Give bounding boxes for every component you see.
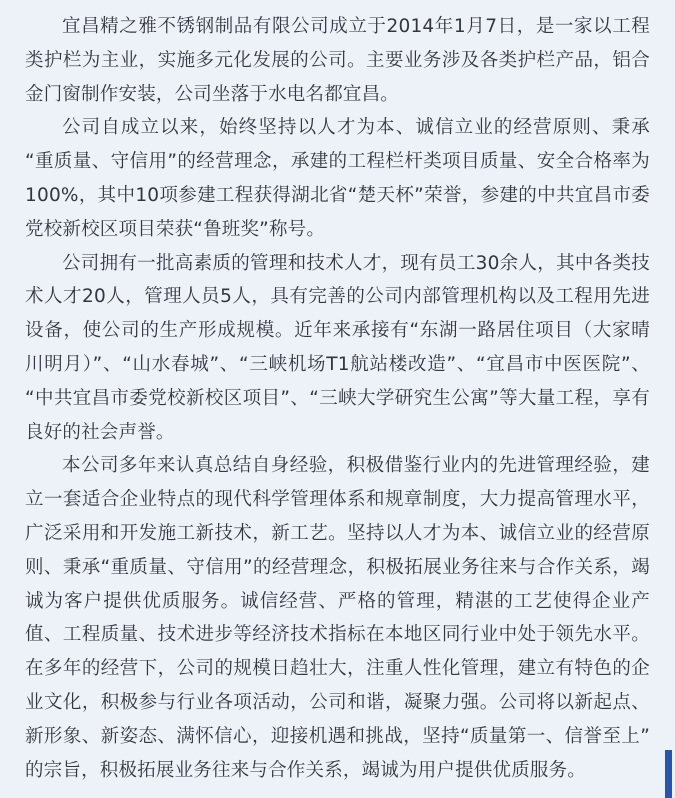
paragraph-company-honors: 公司自成立以来，始终坚持以人才为本、诚信立业的经营原则、秉承“重质量、守信用”的… — [25, 111, 650, 246]
paragraph-company-staff-projects: 公司拥有一批高素质的管理和技术人才，现有员工30余人，其中各类技术人才20人，管… — [25, 247, 650, 450]
document-viewport: 宜昌精之雅不锈钢制品有限公司成立于2014年1月7日，是一家以工程类护栏为主业，… — [0, 0, 675, 798]
paragraph-company-intro: 宜昌精之雅不锈钢制品有限公司成立于2014年1月7日，是一家以工程类护栏为主业，… — [25, 10, 650, 111]
scrollbar-track[interactable] — [662, 0, 675, 798]
scrollbar-thumb[interactable] — [665, 750, 672, 798]
paragraph-company-management: 本公司多年来认真总结自身经验，积极借鉴行业内的先进管理经验，建立一套适合企业特点… — [25, 449, 650, 787]
document-body: 宜昌精之雅不锈钢制品有限公司成立于2014年1月7日，是一家以工程类护栏为主业，… — [25, 10, 650, 787]
